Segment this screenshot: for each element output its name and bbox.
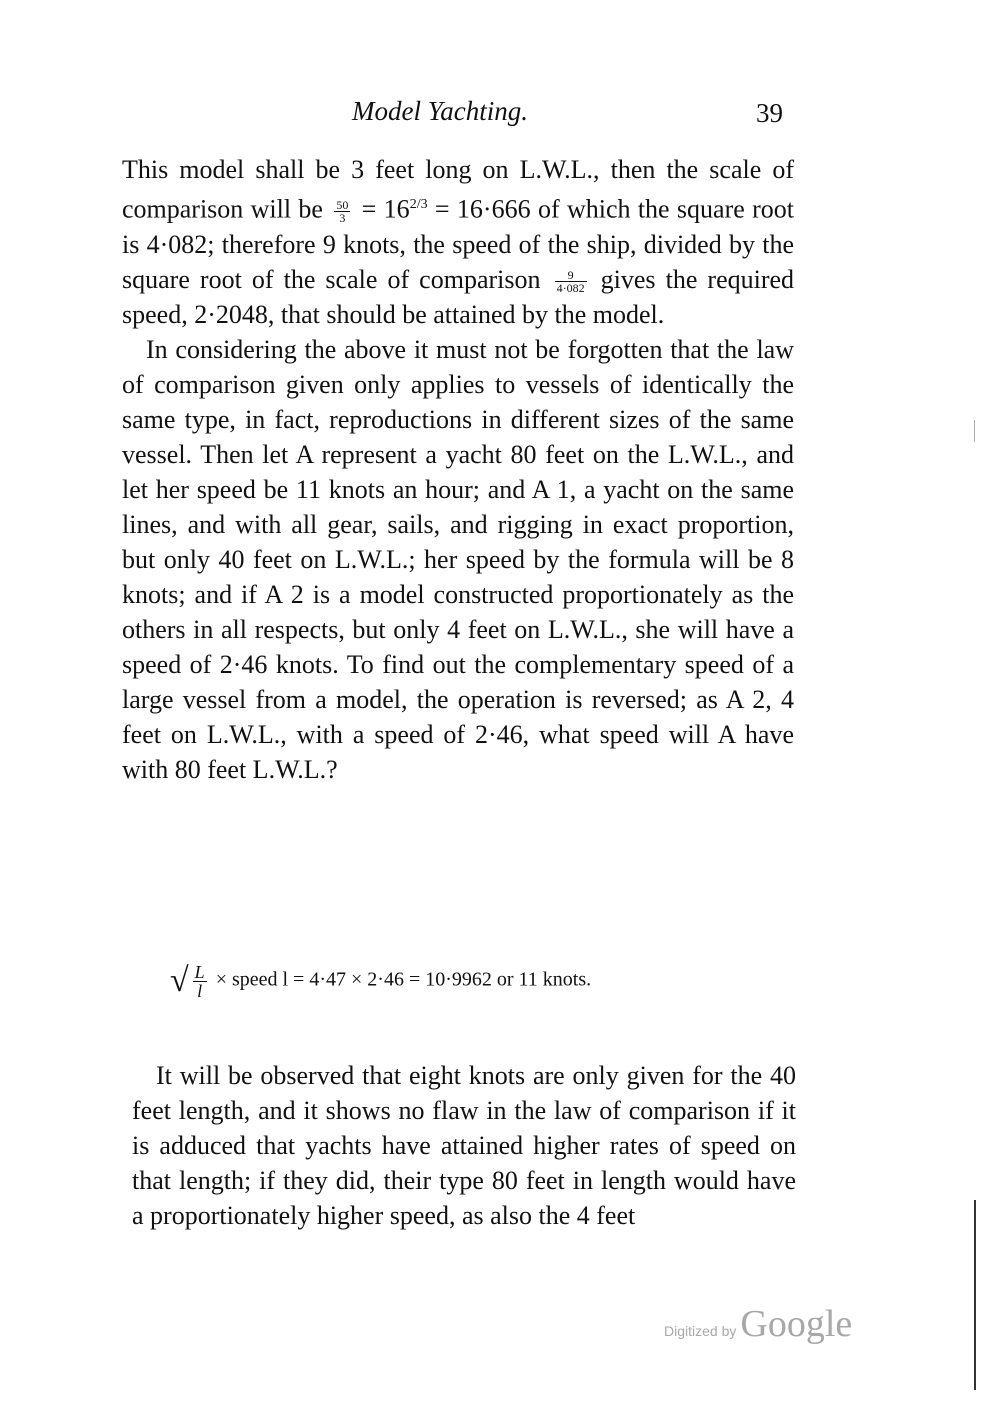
mixed-fraction: 2/3 [410,197,428,212]
paragraph-1: This model shall be 3 feet long on L.W.L… [122,152,794,332]
page-number: 39 [756,98,783,129]
paragraph-2: In considering the above it must not be … [122,332,794,787]
scan-edge-dot [974,420,975,442]
scan-edge-mark [974,1200,976,1390]
digitized-by-google-watermark: Digitized by Google [664,1302,852,1346]
body-text: This model shall be 3 feet long on L.W.L… [122,152,794,787]
running-title: Model Yachting. [352,96,528,127]
sqrt-symbol: √ [170,962,189,999]
formula-fraction: Ll [193,963,207,1000]
fraction-9-4082: 94·082 [555,269,587,294]
fraction-50-3: 503 [334,199,350,224]
google-logo: Google [740,1303,852,1345]
formula: √Ll × speed l = 4·47 × 2·46 = 10·9962 or… [170,962,591,1000]
formula-rest: × speed l = 4·47 × 2·46 = 10·9962 or 11 … [216,969,591,991]
page-header: Model Yachting. 39 [0,96,988,136]
paragraph-3: It will be observed that eight knots are… [132,1058,796,1233]
